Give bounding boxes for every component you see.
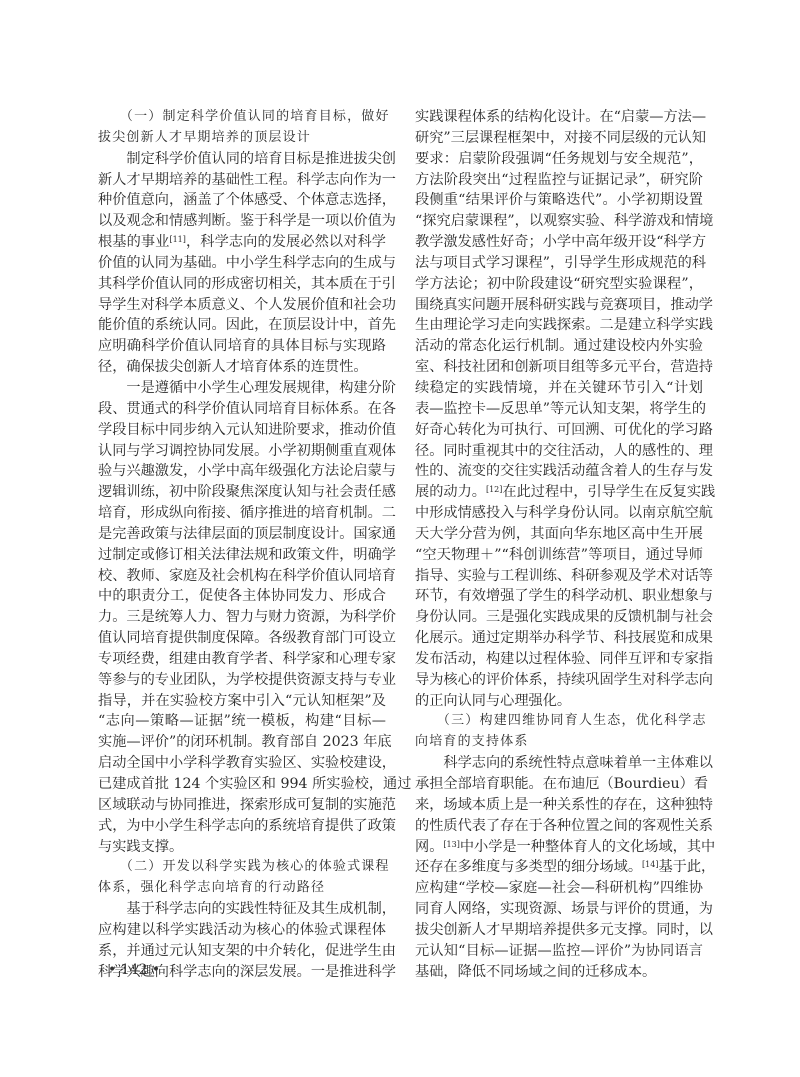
citation-14[interactable]: [14] xyxy=(642,860,658,869)
text-line: 以及观念和情感判断。鉴于科学是一项以价值为 xyxy=(98,211,386,232)
text-line: 价值的认同为基础。中小学生科学志向的生成与 xyxy=(98,253,386,274)
citation-11[interactable]: [11] xyxy=(169,235,185,244)
citation-12[interactable]: [12] xyxy=(486,485,502,494)
text-line: 逻辑训练，初中阶段聚焦深度认知与社会责任感 xyxy=(98,482,386,503)
text-line: 天大学分营为例，其面向华东地区高中生开展 xyxy=(415,524,703,545)
text-fragment: 中小学是一种整体育人的文化场域，其中 xyxy=(460,839,715,855)
text-line: 身份认同。三是强化实践成果的反馈机制与社会 xyxy=(415,607,703,628)
text-line: 系，并通过元认知支架的中介转化，促进学生由 xyxy=(98,941,386,962)
text-line: 应构建“学校—家庭—社会—科研机构”四维协 xyxy=(415,878,703,899)
text-line: 导为核心的评价体系，持续巩固学生对科学志向 xyxy=(415,670,703,691)
text-line: 一是遵循中小学生心理发展规律，构建分阶 xyxy=(98,378,386,399)
text-line: 学方法论；初中阶段建设“研究型实验课程”， xyxy=(415,274,703,295)
text-line: 中的职责分工，促使各主体协同发力、形成合 xyxy=(98,586,386,607)
text-line: 拔尖创新人才早期培养提供多元支撑。同时，以 xyxy=(415,920,703,941)
text-fragment: 在此过程中，引导学生在反复实践 xyxy=(502,484,715,500)
citation-13[interactable]: [13] xyxy=(443,840,459,849)
text-line: “空天物理＋”“科创训练营”等项目，通过导师 xyxy=(415,545,703,566)
text-line: 已建成首批 124 个实验区和 994 所实验校，通过 xyxy=(98,774,386,795)
section-heading-3-cont: 向培育的支持体系 xyxy=(415,732,703,753)
text-line: 段侧重“结果评价与策略迭代”。小学初期设置 xyxy=(415,190,703,211)
text-line: 化展示。通过定期举办科学节、科技展览和成果 xyxy=(415,628,703,649)
text-line: 法与项目式学习课程”，引导学生形成规范的科 xyxy=(415,253,703,274)
text-fragment: 基于此， xyxy=(658,859,715,875)
text-line: 性的、流变的交往实践活动蕴含着人的生存与发 xyxy=(415,461,703,482)
text-line: 校、教师、家庭及社会机构在科学价值认同培育 xyxy=(98,566,386,587)
text-line: 生由理论学习走向实践探索。二是建立科学实践 xyxy=(415,315,703,336)
text-line: 续稳定的实践情境，并在关键环节引入“计划 xyxy=(415,378,703,399)
text-line: 培育，形成纵向衔接、循序推进的培育机制。二 xyxy=(98,503,386,524)
text-line: 力。三是统筹人力、智力与财力资源，为科学价 xyxy=(98,607,386,628)
text-line: 好奇心转化为可执行、可回溯、可优化的学习路 xyxy=(415,420,703,441)
text-line: 教学激发感性好奇；小学中高年级开设“科学方 xyxy=(415,232,703,253)
section-heading-2: （二）开发以科学实践为核心的体验式课程 xyxy=(98,857,386,878)
text-line: 承担全部培育职能。在布迪厄（Bourdieu）看 xyxy=(415,774,703,795)
text-line: 室、科技社团和创新项目组等多元平台，营造持 xyxy=(415,357,703,378)
text-line: “探究启蒙课程”，以观察实验、科学游戏和情境 xyxy=(415,211,703,232)
text-line: 应构建以科学实践活动为核心的体验式课程体 xyxy=(98,920,386,941)
left-column: （一）制定科学价值认同的培育目标，做好 拔尖创新人才早期培养的顶层设计 制定科学… xyxy=(98,107,386,982)
text-line: 方法阶段突出“过程监控与证据记录”，研究阶 xyxy=(415,170,703,191)
text-line: 验与兴趣激发，小学中高年级强化方法论启蒙与 xyxy=(98,461,386,482)
text-line-with-citation: 展的动力。[12]在此过程中，引导学生在反复实践 xyxy=(415,482,703,503)
text-line: “志向—策略—证据”统一模板，构建“目标— xyxy=(98,711,386,732)
text-line: 式，为中小学生科学志向的系统培育提供了政策 xyxy=(98,816,386,837)
text-line: 新人才早期培养的基础性工程。科学志向作为一 xyxy=(98,170,386,191)
text-line-with-citation: 还存在多维度与多类型的细分场域。[14]基于此， xyxy=(415,857,703,878)
text-fragment: 还存在多维度与多类型的细分场域。 xyxy=(415,859,642,875)
text-line: 要求：启蒙阶段强调“任务规划与安全规范”， xyxy=(415,149,703,170)
text-line: 制定科学价值认同的培育目标是推进拔尖创 xyxy=(98,149,386,170)
text-line-with-citation: 网。[13]中小学是一种整体育人的文化场域，其中 xyxy=(415,837,703,858)
text-line: 径。同时重视其中的交往活动，人的感性的、理 xyxy=(415,441,703,462)
text-line-with-citation: 根基的事业[11]，科学志向的发展必然以对科学 xyxy=(98,232,386,253)
text-line: 研究”三层课程框架中，对接不同层级的元认知 xyxy=(415,128,703,149)
text-line: 基于科学志向的实践性特征及其生成机制， xyxy=(98,899,386,920)
text-line: 区域联动与协同推进，探索形成可复制的实施范 xyxy=(98,795,386,816)
text-line: 段、贯通式的科学价值认同培育目标体系。在各 xyxy=(98,399,386,420)
text-fragment: 根基的事业 xyxy=(98,234,169,250)
page-number: • 142 • xyxy=(108,962,160,978)
text-line: 值认同培育提供制度保障。各级教育部门可设立 xyxy=(98,628,386,649)
text-line: 表—监控卡—反思单”等元认知支架，将学生的 xyxy=(415,399,703,420)
text-line: 指导，并在实验校方案中引入“元认知框架”及 xyxy=(98,691,386,712)
text-line: 实施—评价”的闭环机制。教育部自 2023 年底 xyxy=(98,732,386,753)
text-line: 发布活动，构建以过程体验、同伴互评和专家指 xyxy=(415,649,703,670)
text-line: 等参与的专业团队，为学校提供资源支持与专业 xyxy=(98,670,386,691)
text-line: 过制定或修订相关法律法规和政策文件，明确学 xyxy=(98,545,386,566)
section-heading-2-cont: 体系，强化科学志向培育的行动路径 xyxy=(98,878,386,899)
text-line: 元认知“目标—证据—监控—评价”为协同语言 xyxy=(415,941,703,962)
text-line: 的性质代表了存在于各种位置之间的客观性关系 xyxy=(415,816,703,837)
text-line: 能价值的系统认同。因此，在顶层设计中，首先 xyxy=(98,315,386,336)
right-column: 实践课程体系的结构化设计。在“启蒙—方法— 研究”三层课程框架中，对接不同层级的… xyxy=(415,107,703,982)
text-line: 学段目标中同步纳入元认知进阶要求，推动价值 xyxy=(98,420,386,441)
text-line: 启动全国中小学科学教育实验区、实验校建设， xyxy=(98,753,386,774)
text-line: 径，确保拔尖创新人才培育体系的连贯性。 xyxy=(98,357,386,378)
text-line: 活动的常态化运行机制。通过建设校内外实验 xyxy=(415,336,703,357)
text-line: 认同与学习调控协同发展。小学初期侧重直观体 xyxy=(98,441,386,462)
text-line: 指导、实验与工程训练、科研参观及学术对话等 xyxy=(415,566,703,587)
text-line: 实践课程体系的结构化设计。在“启蒙—方法— xyxy=(415,107,703,128)
text-fragment: 网。 xyxy=(415,839,443,855)
text-line: 应明确科学价值认同培育的具体目标与实现路 xyxy=(98,336,386,357)
text-line: 导学生对科学本质意义、个人发展价值和社会功 xyxy=(98,295,386,316)
text-fragment: 展的动力。 xyxy=(415,484,486,500)
section-heading-1-cont: 拔尖创新人才早期培养的顶层设计 xyxy=(98,128,386,149)
text-line: 与实践支撑。 xyxy=(98,837,386,858)
text-line: 的正向认同与心理强化。 xyxy=(415,691,703,712)
section-heading-3: （三）构建四维协同育人生态，优化科学志 xyxy=(415,711,703,732)
text-line: 环节，有效增强了学生的科学动机、职业想象与 xyxy=(415,586,703,607)
text-line: 基础，降低不同场域之间的迁移成本。 xyxy=(415,962,703,983)
text-line: 科学志向的系统性特点意味着单一主体难以 xyxy=(415,753,703,774)
text-line: 种价值意向，涵盖了个体感受、个体意志选择， xyxy=(98,190,386,211)
text-line: 来，场域本质上是一种关系性的存在，这种独特 xyxy=(415,795,703,816)
text-line: 其科学价值认同的形成密切相关，其本质在于引 xyxy=(98,274,386,295)
text-line: 中形成情感投入与科学身份认同。以南京航空航 xyxy=(415,503,703,524)
text-line: 是完善政策与法律层面的顶层制度设计。国家通 xyxy=(98,524,386,545)
text-line: 专项经费，组建由教育学者、科学家和心理专家 xyxy=(98,649,386,670)
text-fragment: ，科学志向的发展必然以对科学 xyxy=(186,234,386,250)
text-line: 同育人网络，实现资源、场景与评价的贯通，为 xyxy=(415,899,703,920)
section-heading-1: （一）制定科学价值认同的培育目标，做好 xyxy=(98,107,386,128)
text-line: 围绕真实问题开展科研实践与竞赛项目，推动学 xyxy=(415,295,703,316)
